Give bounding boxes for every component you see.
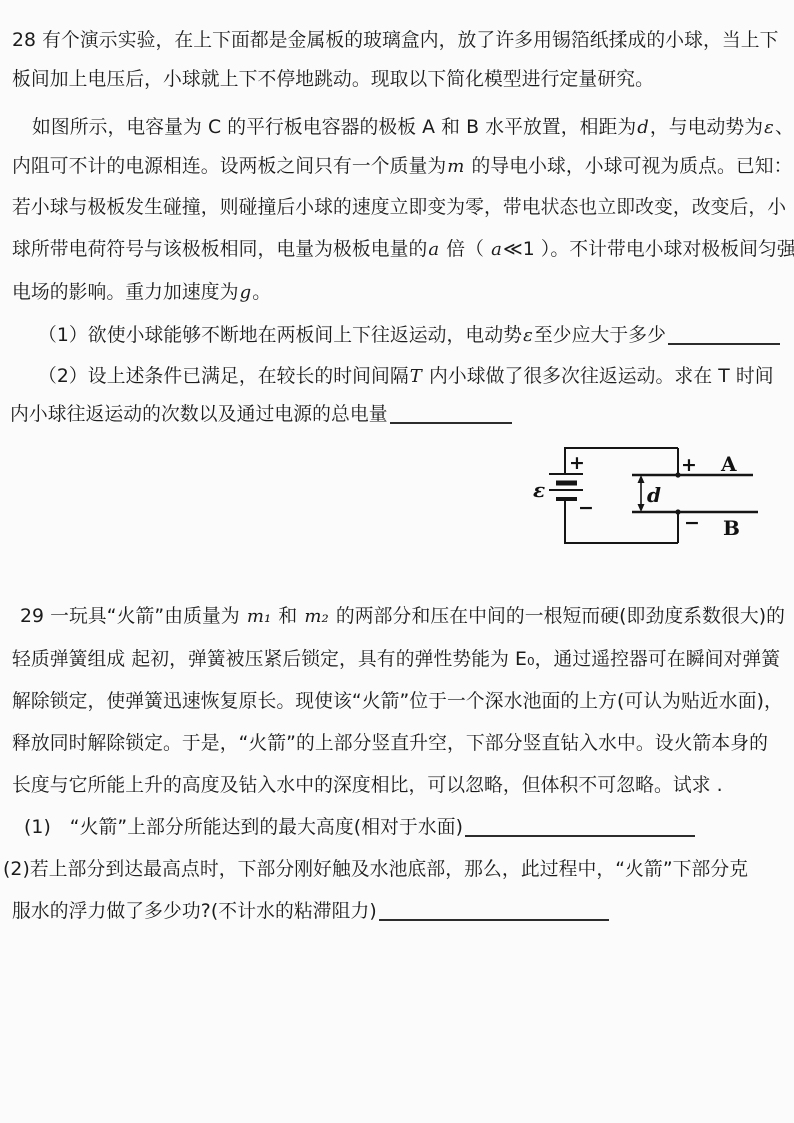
text-line: （1）欲使小球能够不断地在两板间上下往返运动，电动势ε至少应大于多少 — [38, 324, 780, 348]
text-line: 球所带电荷符号与该极板相同，电量为极板电量的a 倍（ a≪1 ）。不计带电小球对… — [12, 238, 794, 262]
text-run: ，与电动势为 — [650, 117, 763, 138]
junction-dot-bottom — [675, 509, 680, 514]
text-line: 如图所示，电容量为 C 的平行板电容器的极板 A 和 B 水平放置，相距为d，与… — [32, 116, 794, 140]
text-run: 倍（ — [440, 239, 490, 260]
math-variable: ε — [763, 117, 775, 138]
text-run: （1）欲使小球能够不断地在两板间上下往返运动，电动势 — [38, 325, 522, 346]
plate-a-label: A — [720, 452, 737, 476]
text-line: 若小球与极板发生碰撞，则碰撞后小球的速度立即变为零，带电状态也立即改变，改变后，… — [12, 196, 786, 220]
circuit-svg: ε + − + A d − B — [515, 435, 775, 555]
text-run: 的导电小球，小球可视为质点。已知： — [465, 156, 792, 177]
answer-blank — [668, 324, 780, 345]
text-run: 和 — [272, 606, 303, 627]
emf-label: ε — [533, 478, 545, 502]
text-run: 如图所示，电容量为 C 的平行板电容器的极板 A 和 B 水平放置，相距为 — [32, 117, 636, 138]
text-run: 内小球做了很多次往返运动。求在 T 时间 — [423, 366, 774, 387]
math-variable: a — [490, 239, 503, 260]
text-run: (2)若上部分到达最高点时，下部分刚好触及水池底部，那么，此过程中，“火箭”下部… — [3, 859, 748, 880]
answer-blank — [390, 403, 512, 424]
text-line: 内小球往返运动的次数以及通过电源的总电量 — [10, 403, 512, 427]
text-run: 释放同时解除锁定。于是，“火箭”的上部分竖直升空，下部分竖直钻入水中。设火箭本身… — [12, 733, 768, 754]
text-run: 至少应大于多少 — [534, 325, 666, 346]
text-run: 29 一玩具“火箭”由质量为 — [20, 606, 246, 627]
math-variable: m₂ — [303, 606, 329, 627]
distance-arrow — [638, 475, 645, 512]
circuit-diagram: ε + − + A d − B — [515, 435, 775, 559]
text-run: 若小球与极板发生碰撞，则碰撞后小球的速度立即变为零，带电状态也立即改变，改变后，… — [12, 197, 786, 218]
text-line: 解除锁定，使弹簧迅速恢复原长。现使该“火箭”位于一个深水池面的上方(可认为贴近水… — [12, 690, 783, 714]
text-line: (1) “火箭”上部分所能达到的最大高度(相对于水面) — [24, 816, 695, 840]
answer-blank — [379, 900, 609, 921]
text-run: 、 — [775, 117, 794, 138]
text-run: 的两部分和压在中间的一根短而硬(即劲度系数很大)的 — [330, 606, 785, 627]
text-line: (2)若上部分到达最高点时，下部分刚好触及水池底部，那么，此过程中，“火箭”下部… — [3, 858, 748, 882]
math-variable: a — [427, 239, 440, 260]
text-line: （2）设上述条件已满足，在较长的时间间隔T 内小球做了很多次往返运动。求在 T … — [38, 365, 774, 389]
text-line: 轻质弹簧组成 起初，弹簧被压紧后锁定，具有的弹性势能为 E₀，通过遥控器可在瞬间… — [12, 648, 780, 672]
math-variable: g — [239, 282, 253, 303]
text-run: 轻质弹簧组成 起初，弹簧被压紧后锁定，具有的弹性势能为 E₀，通过遥控器可在瞬间… — [12, 649, 780, 670]
math-variable: T — [409, 366, 423, 387]
battery-symbol — [549, 474, 583, 499]
document-page: 28 有个演示实验，在上下面都是金属板的玻璃盒内，放了许多用锡箔纸揉成的小球，当… — [0, 0, 794, 1123]
text-run: 球所带电荷符号与该极板相同，电量为极板电量的 — [12, 239, 427, 260]
plate-b-label: B — [723, 516, 740, 540]
text-run: ≪1 ）。不计带电小球对极板间匀强 — [503, 239, 794, 260]
text-run: 服水的浮力做了多少功?(不计水的粘滞阻力) — [12, 901, 377, 922]
text-line: 服水的浮力做了多少功?(不计水的粘滞阻力) — [12, 900, 609, 924]
text-run: 28 有个演示实验，在上下面都是金属板的玻璃盒内，放了许多用锡箔纸揉成的小球，当… — [12, 30, 779, 51]
text-run: 内小球往返运动的次数以及通过电源的总电量 — [10, 404, 388, 425]
text-line: 长度与它所能上升的高度及钻入水中的深度相比，可以忽略，但体积不可忽略。试求 . — [12, 774, 723, 798]
math-variable: d — [636, 117, 650, 138]
text-run: （2）设上述条件已满足，在较长的时间间隔 — [38, 366, 409, 387]
math-variable: m₁ — [246, 606, 272, 627]
text-run: (1) “火箭”上部分所能达到的最大高度(相对于水面) — [24, 817, 463, 838]
math-variable: m — [446, 156, 465, 177]
battery-minus-sign: − — [578, 497, 594, 519]
text-line: 28 有个演示实验，在上下面都是金属板的玻璃盒内，放了许多用锡箔纸揉成的小球，当… — [12, 29, 779, 53]
battery-plus-sign: + — [569, 452, 585, 474]
plate-b-minus-sign: − — [684, 512, 700, 534]
text-run: 板间加上电压后，小球就上下不停地跳动。现取以下简化模型进行定量研究。 — [12, 69, 654, 90]
text-line: 29 一玩具“火箭”由质量为 m₁ 和 m₂ 的两部分和压在中间的一根短而硬(即… — [20, 605, 785, 629]
plate-a-plus-sign: + — [681, 454, 697, 476]
text-line: 板间加上电压后，小球就上下不停地跳动。现取以下简化模型进行定量研究。 — [12, 68, 654, 92]
answer-blank — [465, 816, 695, 837]
text-run: 解除锁定，使弹簧迅速恢复原长。现使该“火箭”位于一个深水池面的上方(可认为贴近水… — [12, 691, 783, 712]
text-run: 长度与它所能上升的高度及钻入水中的深度相比，可以忽略，但体积不可忽略。试求 . — [12, 775, 723, 796]
junction-dot-top — [675, 472, 680, 477]
math-variable: ε — [522, 325, 534, 346]
text-run: 。 — [252, 282, 271, 303]
text-line: 内阻可不计的电源相连。设两板之间只有一个质量为m 的导电小球，小球可视为质点。已… — [12, 155, 793, 179]
text-run: 内阻可不计的电源相连。设两板之间只有一个质量为 — [12, 156, 446, 177]
text-run: 电场的影响。重力加速度为 — [12, 282, 239, 303]
text-line: 释放同时解除锁定。于是，“火箭”的上部分竖直升空，下部分竖直钻入水中。设火箭本身… — [12, 732, 768, 756]
text-line: 电场的影响。重力加速度为g。 — [12, 281, 271, 305]
distance-label: d — [647, 483, 661, 507]
